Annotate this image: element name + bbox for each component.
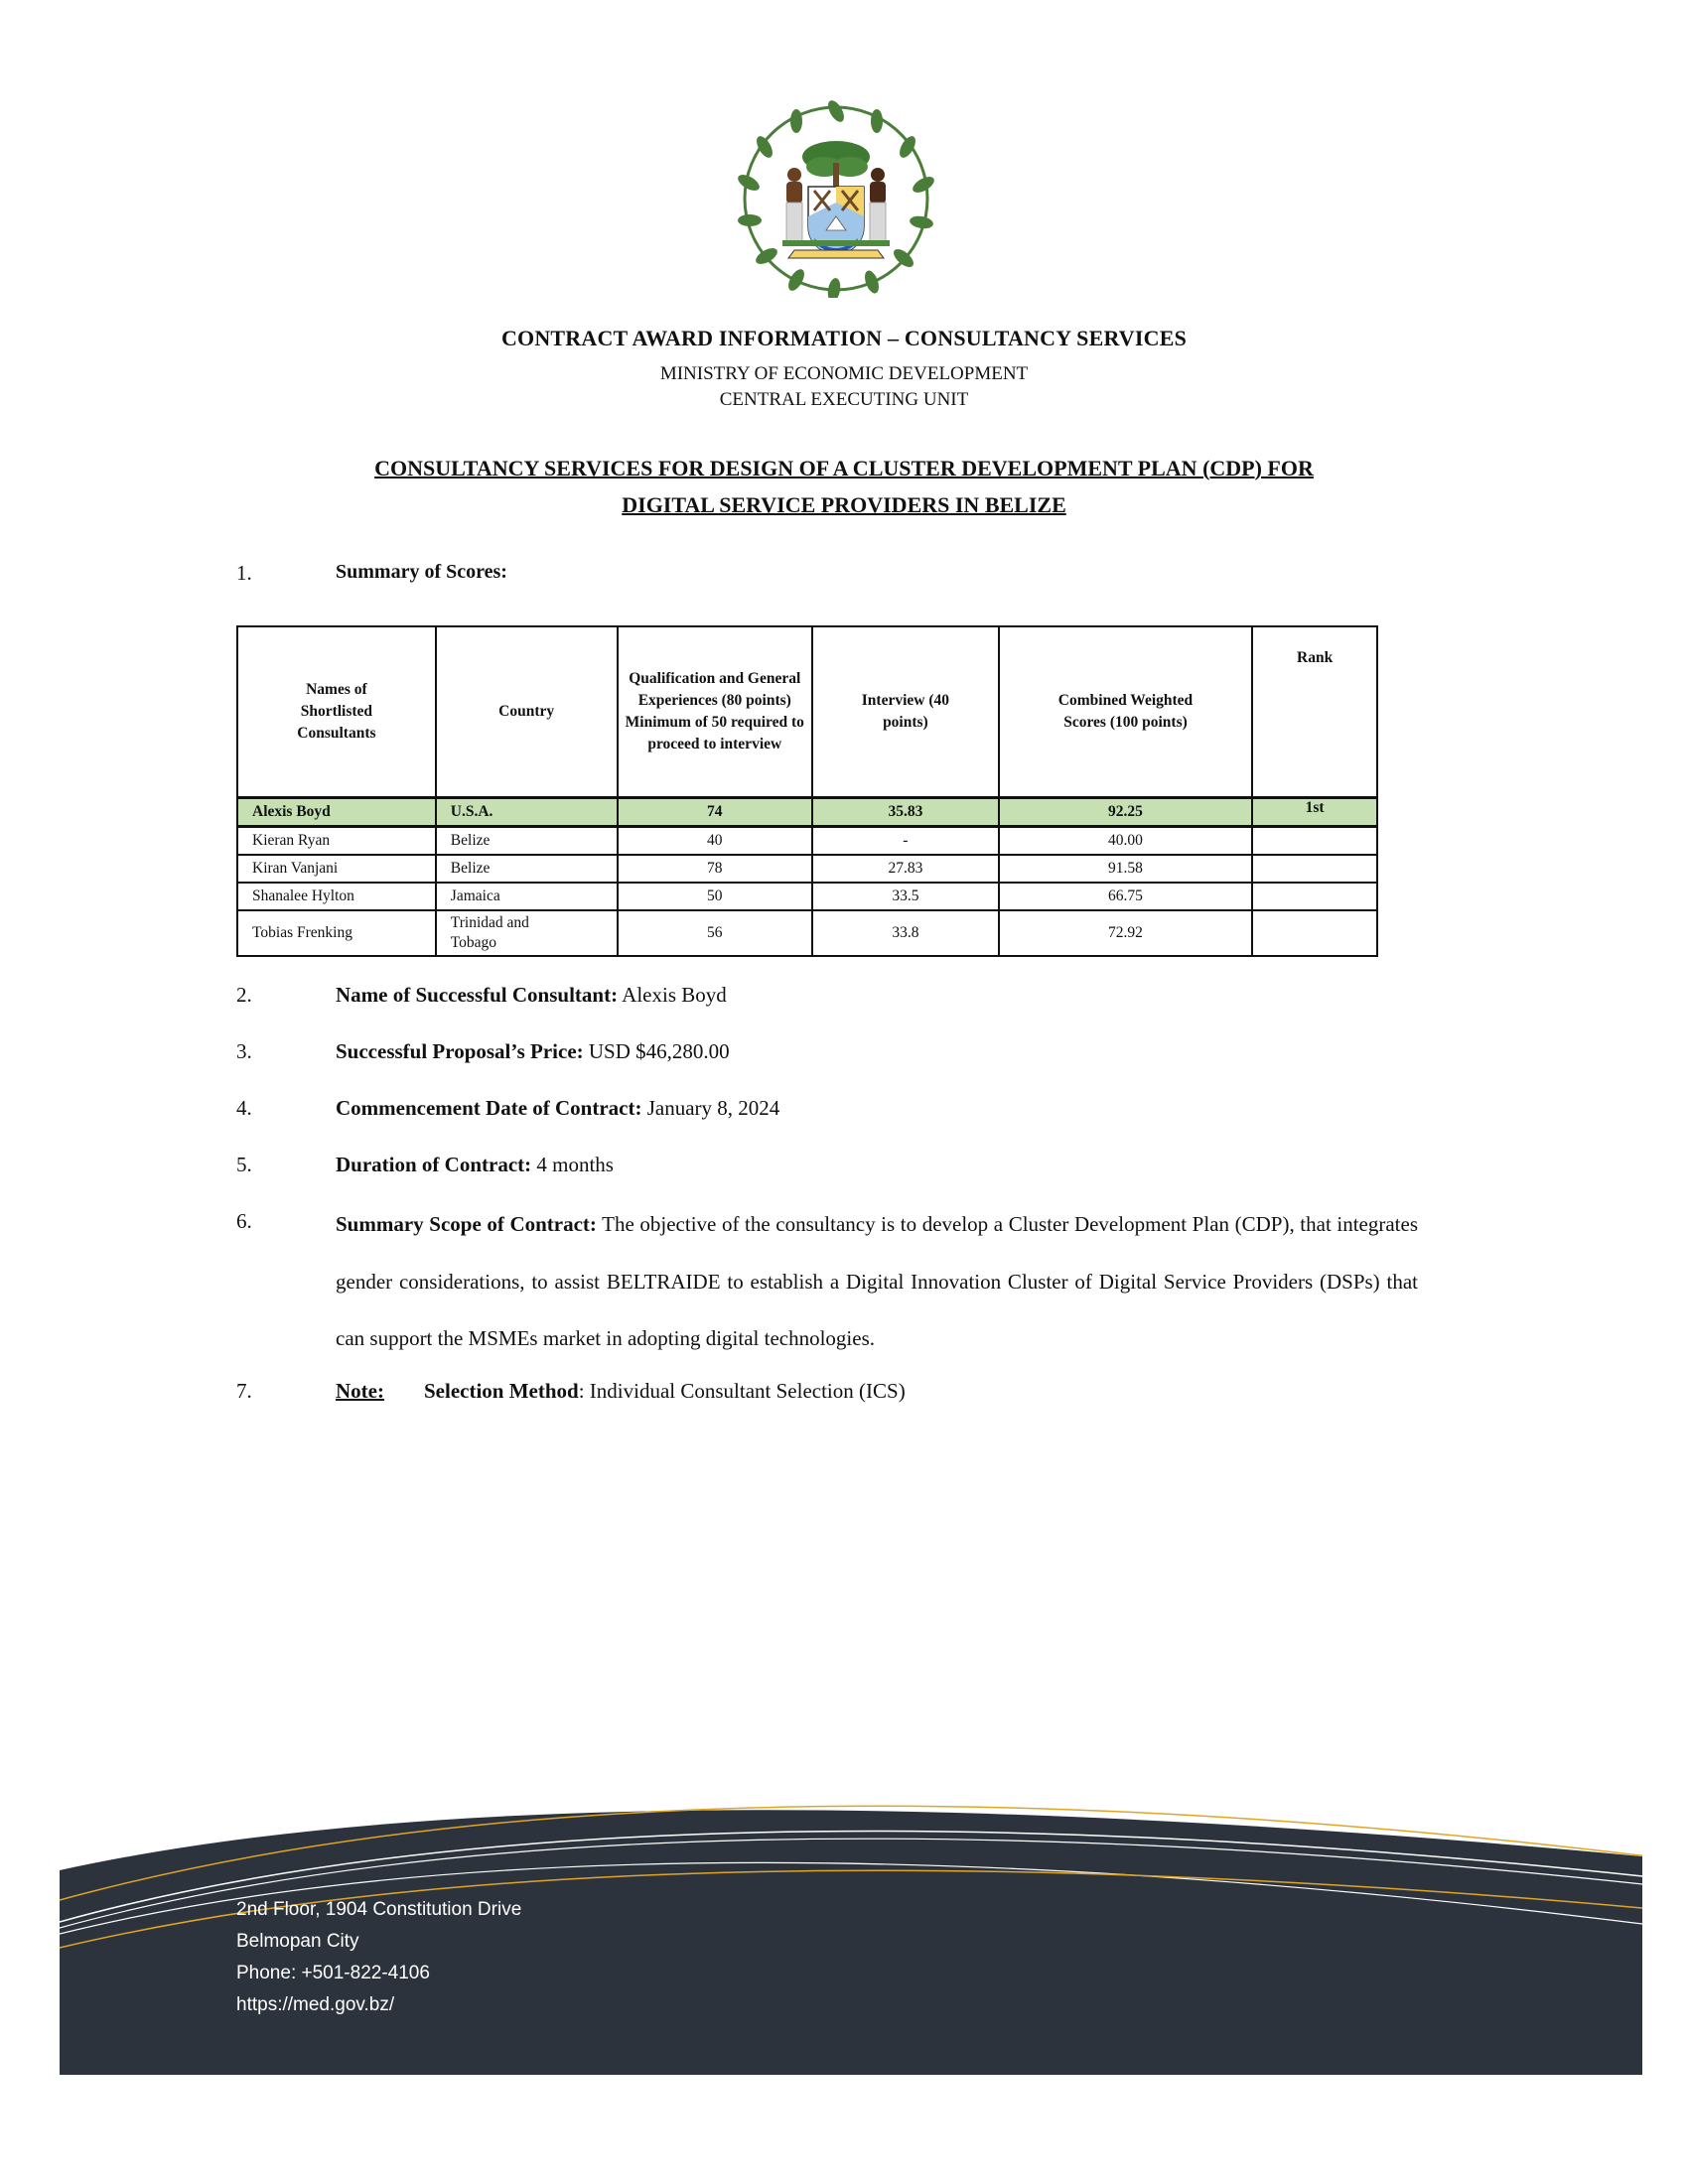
- consultant-name: Kieran Ryan: [237, 827, 436, 856]
- consultant-name: Kiran Vanjani: [237, 855, 436, 883]
- combined-score: 91.58: [999, 855, 1252, 883]
- selection-method-label: Selection Method: [424, 1379, 579, 1403]
- rank: [1252, 883, 1377, 910]
- item-value: 4 months: [531, 1153, 614, 1176]
- scores-table: Names of Shortlisted Consultants Country…: [236, 625, 1378, 957]
- combined-score: 66.75: [999, 883, 1252, 910]
- consultant-country: Trinidad and Tobago: [436, 910, 618, 956]
- project-title-line-1: CONSULTANCY SERVICES FOR DESIGN OF A CLU…: [0, 450, 1688, 486]
- header-combined-score: Combined Weighted Scores (100 points): [999, 626, 1252, 798]
- interview-score: 27.83: [812, 855, 999, 883]
- header-qualification: Qualification and General Experiences (8…: [618, 626, 813, 798]
- table-row: Alexis Boyd U.S.A. 74 35.83 92.25 1st: [237, 798, 1377, 827]
- item-label: Name of Successful Consultant:: [336, 983, 618, 1007]
- item-number: 4.: [236, 1096, 252, 1121]
- note-label: Note:: [336, 1379, 384, 1403]
- table-header-row: Names of Shortlisted Consultants Country…: [237, 626, 1377, 798]
- section-1-number: 1.: [236, 561, 252, 586]
- header-consultant-name: Names of Shortlisted Consultants: [237, 626, 436, 798]
- item-scope-of-contract: Summary Scope of Contract: The objective…: [336, 1196, 1418, 1368]
- header-interview: Interview (40 points): [812, 626, 999, 798]
- header-country: Country: [436, 626, 618, 798]
- ministry-name: MINISTRY OF ECONOMIC DEVELOPMENT: [0, 363, 1688, 385]
- qualification-score: 78: [618, 855, 813, 883]
- combined-score: 72.92: [999, 910, 1252, 956]
- qualification-score: 56: [618, 910, 813, 956]
- website-link[interactable]: https://med.gov.bz/: [236, 1989, 521, 2021]
- combined-score: 40.00: [999, 827, 1252, 856]
- item-number: 2.: [236, 983, 252, 1008]
- consultant-country: Jamaica: [436, 883, 618, 910]
- consultant-country: Belize: [436, 827, 618, 856]
- item-value: January 8, 2024: [641, 1096, 779, 1120]
- unit-name: CENTRAL EXECUTING UNIT: [0, 389, 1688, 411]
- item-value: USD $46,280.00: [584, 1039, 730, 1063]
- address-line-1: 2nd Floor, 1904 Constitution Drive: [236, 1894, 521, 1926]
- footer-address: 2nd Floor, 1904 Constitution Drive Belmo…: [236, 1894, 521, 2021]
- section-1-heading: Summary of Scores:: [336, 561, 507, 584]
- interview-score: 33.5: [812, 883, 999, 910]
- selection-method-value: : Individual Consultant Selection (ICS): [579, 1379, 906, 1403]
- consultant-country: U.S.A.: [436, 798, 618, 827]
- item-number: 7.: [236, 1379, 252, 1404]
- consultant-name: Tobias Frenking: [237, 910, 436, 956]
- rank: 1st: [1252, 798, 1377, 827]
- address-line-2: Belmopan City: [236, 1926, 521, 1958]
- interview-score: -: [812, 827, 999, 856]
- rank: [1252, 910, 1377, 956]
- item-number: 3.: [236, 1039, 252, 1064]
- qualification-score: 74: [618, 798, 813, 827]
- rank: [1252, 855, 1377, 883]
- rank: [1252, 827, 1377, 856]
- belize-coat-of-arms-emblem: [737, 99, 935, 298]
- item-value: Alexis Boyd: [618, 983, 727, 1007]
- item-number: 5.: [236, 1153, 252, 1177]
- item-label: Duration of Contract:: [336, 1153, 531, 1176]
- header-rank: Rank: [1252, 626, 1377, 798]
- item-number: 6.: [236, 1209, 252, 1234]
- document-title: CONTRACT AWARD INFORMATION – CONSULTANCY…: [0, 326, 1688, 351]
- consultant-country: Belize: [436, 855, 618, 883]
- emblem-icon: [737, 99, 935, 298]
- phone-number: Phone: +501-822-4106: [236, 1958, 521, 1989]
- table-row: Kieran Ryan Belize 40 - 40.00: [237, 827, 1377, 856]
- consultant-name: Alexis Boyd: [237, 798, 436, 827]
- qualification-score: 50: [618, 883, 813, 910]
- consultant-name: Shanalee Hylton: [237, 883, 436, 910]
- table-row: Tobias Frenking Trinidad and Tobago 56 3…: [237, 910, 1377, 956]
- item-label: Commencement Date of Contract:: [336, 1096, 641, 1120]
- qualification-score: 40: [618, 827, 813, 856]
- interview-score: 35.83: [812, 798, 999, 827]
- item-label: Successful Proposal’s Price:: [336, 1039, 584, 1063]
- combined-score: 92.25: [999, 798, 1252, 827]
- project-title-line-2: DIGITAL SERVICE PROVIDERS IN BELIZE: [0, 486, 1688, 523]
- item-label: Summary Scope of Contract:: [336, 1212, 597, 1236]
- project-title: CONSULTANCY SERVICES FOR DESIGN OF A CLU…: [0, 450, 1688, 523]
- table-row: Kiran Vanjani Belize 78 27.83 91.58: [237, 855, 1377, 883]
- interview-score: 33.8: [812, 910, 999, 956]
- table-row: Shanalee Hylton Jamaica 50 33.5 66.75: [237, 883, 1377, 910]
